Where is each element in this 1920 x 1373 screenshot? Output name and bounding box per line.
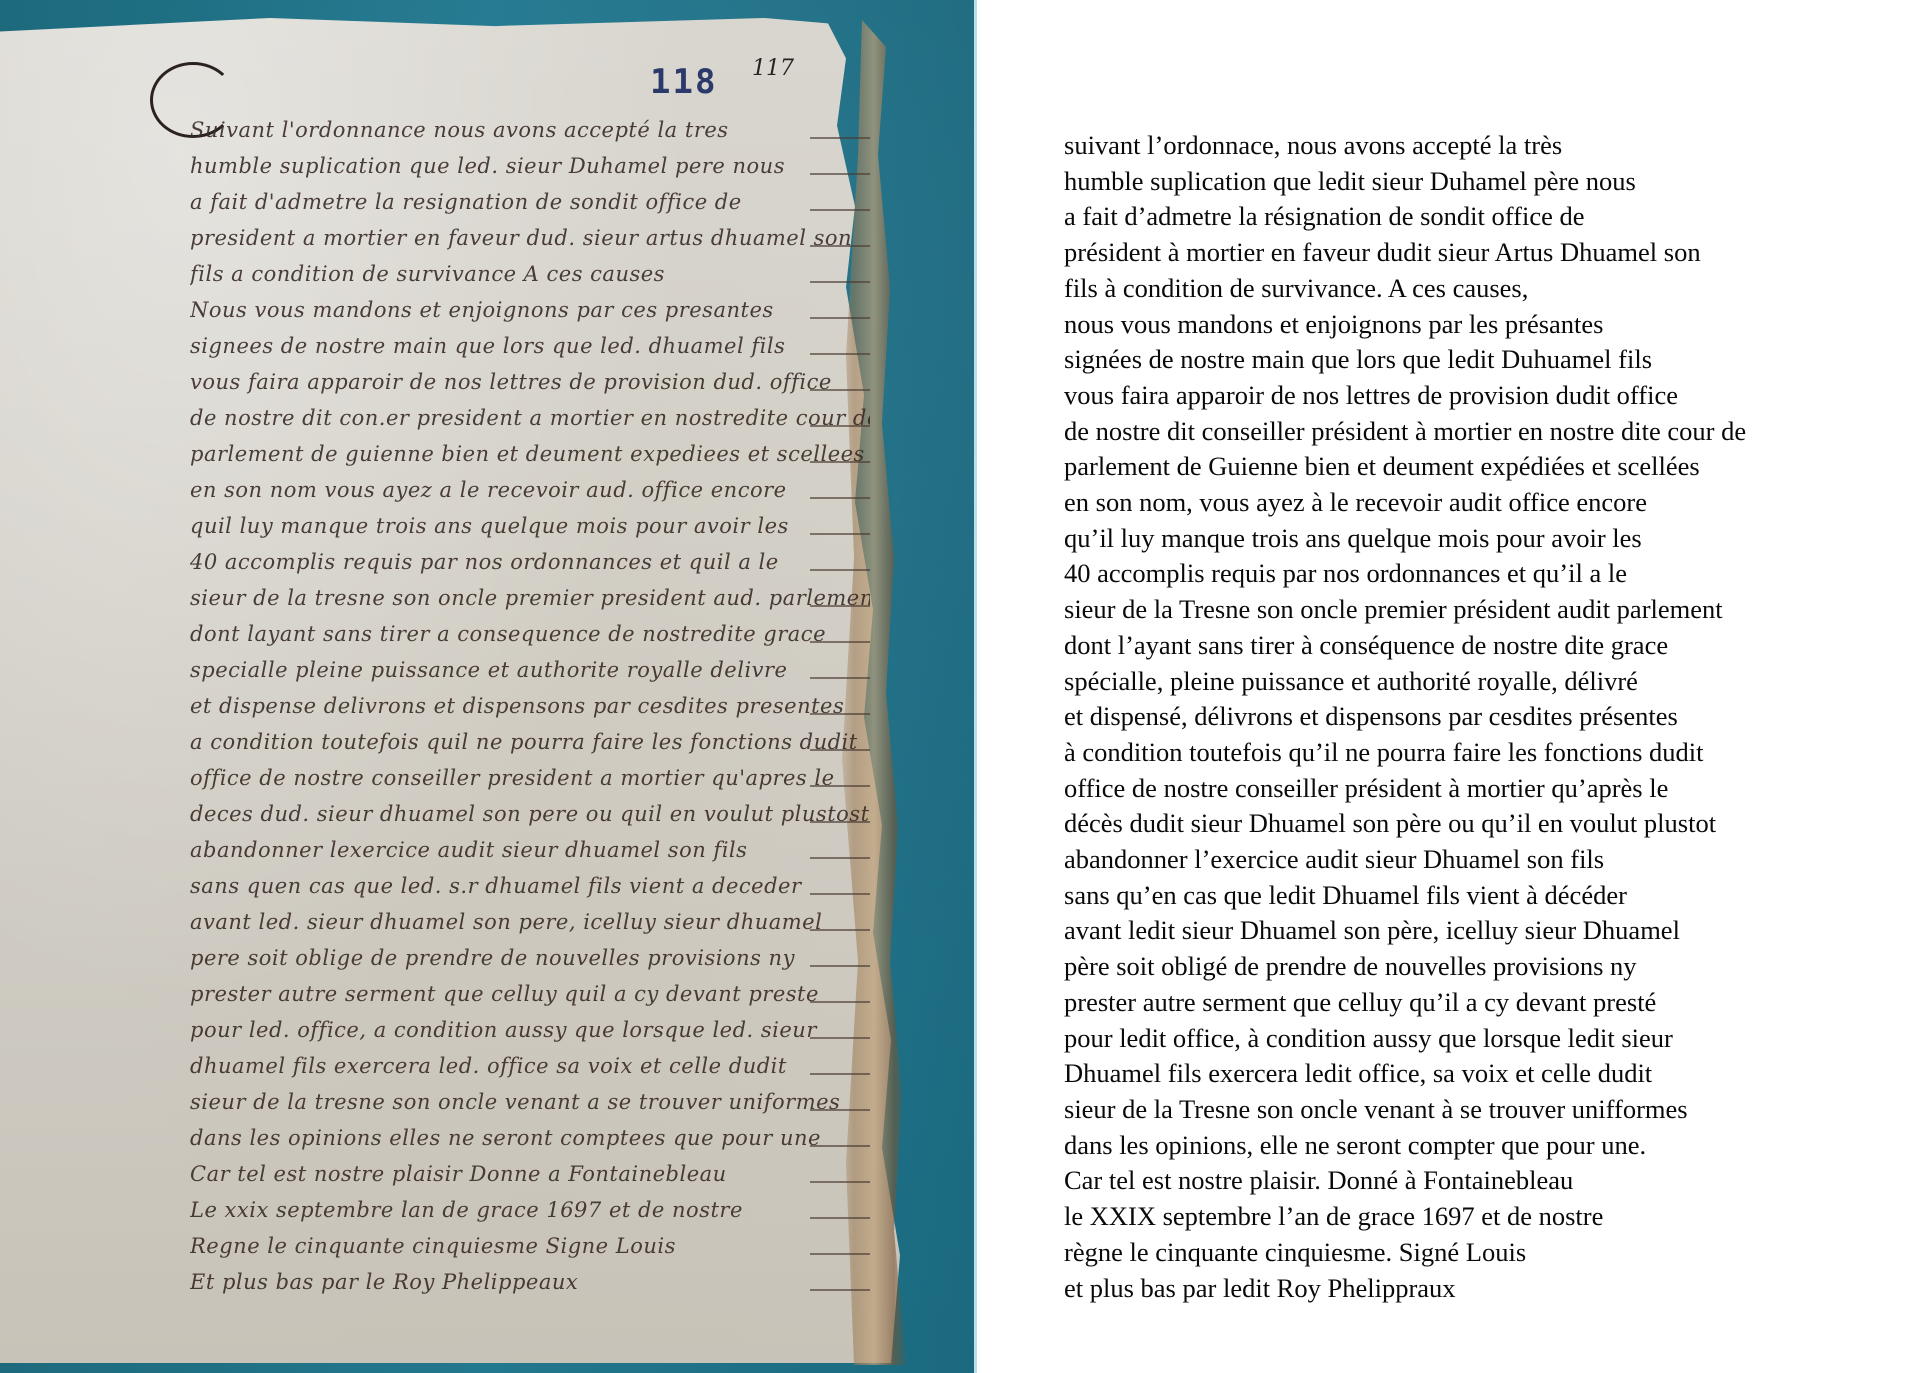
transcription-line: en son nom, vous ayez à le recevoir audi… xyxy=(1064,485,1904,521)
transcription-line: à condition toutefois qu’il ne pourra fa… xyxy=(1064,735,1904,771)
manuscript-line: 40 accomplis requis par nos ordonnances … xyxy=(190,544,870,580)
transcription-line: qu’il luy manque trois ans quelque mois … xyxy=(1064,521,1904,557)
transcription-line: Dhuamel fils exercera ledit office, sa v… xyxy=(1064,1056,1904,1092)
manuscript-line: fils a condition de survivance A ces cau… xyxy=(190,256,870,292)
manuscript-line: a fait d'admetre la resignation de sondi… xyxy=(190,184,870,220)
transcription-line: 40 accomplis requis par nos ordonnances … xyxy=(1064,556,1904,592)
manuscript-line: deces dud. sieur dhuamel son pere ou qui… xyxy=(190,796,870,832)
folio-stamp-number: 118 xyxy=(650,62,717,102)
transcription-line: sieur de la Tresne son oncle venant à se… xyxy=(1064,1092,1904,1128)
transcription-line: abandonner l’exercice audit sieur Dhuame… xyxy=(1064,842,1904,878)
manuscript-line: quil luy manque trois ans quelque mois p… xyxy=(190,508,870,544)
transcription-line: dont l’ayant sans tirer à conséquence de… xyxy=(1064,628,1904,664)
transcription-line: sieur de la Tresne son oncle premier pré… xyxy=(1064,592,1904,628)
folio-handwritten-number: 117 xyxy=(752,56,794,81)
manuscript-line: Regne le cinquante cinquiesme Signe Loui… xyxy=(190,1228,870,1264)
transcription-line: office de nostre conseiller président à … xyxy=(1064,771,1904,807)
transcription-line: le XXIX septembre l’an de grace 1697 et … xyxy=(1064,1199,1904,1235)
transcription-line: et dispensé, délivrons et dispensons par… xyxy=(1064,699,1904,735)
transcription-line: dans les opinions, elle ne seront compte… xyxy=(1064,1128,1904,1164)
transcription-line: de nostre dit conseiller président à mor… xyxy=(1064,414,1904,450)
manuscript-line: Le xxix septembre lan de grace 1697 et d… xyxy=(190,1192,870,1228)
manuscript-handwriting: Suivant l'ordonnance nous avons accepté … xyxy=(190,112,870,1300)
manuscript-line: office de nostre conseiller president a … xyxy=(190,760,870,796)
transcription-line: nous vous mandons et enjoignons par les … xyxy=(1064,307,1904,343)
transcription-line: spécialle, pleine puissance et authorité… xyxy=(1064,664,1904,700)
transcription-line: avant ledit sieur Dhuamel son père, icel… xyxy=(1064,913,1904,949)
manuscript-line: prester autre serment que celluy quil a … xyxy=(190,976,870,1012)
transcription-text: suivant l’ordonnace, nous avons accepté … xyxy=(1064,128,1904,1306)
manuscript-line: president a mortier en faveur dud. sieur… xyxy=(190,220,870,256)
manuscript-line: pere soit oblige de prendre de nouvelles… xyxy=(190,940,870,976)
document-page: 118 117 Suivant l'ordonnance nous avons … xyxy=(0,0,1920,1373)
manuscript-line: sieur de la tresne son oncle venant a se… xyxy=(190,1084,870,1120)
manuscript-line: specialle pleine puissance et authorite … xyxy=(190,652,870,688)
manuscript-line: humble suplication que led. sieur Duhame… xyxy=(190,148,870,184)
transcription-line: signées de nostre main que lors que ledi… xyxy=(1064,342,1904,378)
manuscript-line: Et plus bas par le Roy Phelippeaux xyxy=(190,1264,870,1300)
transcription-line: suivant l’ordonnace, nous avons accepté … xyxy=(1064,128,1904,164)
transcription-line: Car tel est nostre plaisir. Donné à Font… xyxy=(1064,1163,1904,1199)
transcription-line: sans qu’en cas que ledit Dhuamel fils vi… xyxy=(1064,878,1904,914)
transcription-line: prester autre serment que celluy qu’il a… xyxy=(1064,985,1904,1021)
manuscript-photo: 118 117 Suivant l'ordonnance nous avons … xyxy=(0,0,977,1373)
manuscript-line: avant led. sieur dhuamel son pere, icell… xyxy=(190,904,870,940)
manuscript-line: Nous vous mandons et enjoignons par ces … xyxy=(190,292,870,328)
manuscript-line: sieur de la tresne son oncle premier pre… xyxy=(190,580,870,616)
manuscript-line: dhuamel fils exercera led. office sa voi… xyxy=(190,1048,870,1084)
manuscript-line: a condition toutefois quil ne pourra fai… xyxy=(190,724,870,760)
manuscript-line: en son nom vous ayez a le recevoir aud. … xyxy=(190,472,870,508)
transcription-line: fils à condition de survivance. A ces ca… xyxy=(1064,271,1904,307)
manuscript-line: de nostre dit con.er president a mortier… xyxy=(190,400,870,436)
transcription-line: parlement de Guienne bien et deument exp… xyxy=(1064,449,1904,485)
transcription-line: président à mortier en faveur dudit sieu… xyxy=(1064,235,1904,271)
manuscript-line: et dispense delivrons et dispensons par … xyxy=(190,688,870,724)
manuscript-line: Car tel est nostre plaisir Donne a Fonta… xyxy=(190,1156,870,1192)
manuscript-line: dans les opinions elles ne seront compte… xyxy=(190,1120,870,1156)
manuscript-line: abandonner lexercice audit sieur dhuamel… xyxy=(190,832,870,868)
transcription-line: père soit obligé de prendre de nouvelles… xyxy=(1064,949,1904,985)
transcription-line: règne le cinquante cinquiesme. Signé Lou… xyxy=(1064,1235,1904,1271)
manuscript-line: sans quen cas que led. s.r dhuamel fils … xyxy=(190,868,870,904)
transcription-line: décès dudit sieur Dhuamel son père ou qu… xyxy=(1064,806,1904,842)
transcription-line: humble suplication que ledit sieur Duham… xyxy=(1064,164,1904,200)
manuscript-line: dont layant sans tirer a consequence de … xyxy=(190,616,870,652)
manuscript-line: Suivant l'ordonnance nous avons accepté … xyxy=(190,112,870,148)
manuscript-line: pour led. office, a condition aussy que … xyxy=(190,1012,870,1048)
manuscript-line: signees de nostre main que lors que led.… xyxy=(190,328,870,364)
manuscript-line: vous faira apparoir de nos lettres de pr… xyxy=(190,364,870,400)
manuscript-line: parlement de guienne bien et deument exp… xyxy=(190,436,870,472)
transcription-line: vous faira apparoir de nos lettres de pr… xyxy=(1064,378,1904,414)
transcription-line: a fait d’admetre la résignation de sondi… xyxy=(1064,199,1904,235)
transcription-line: et plus bas par ledit Roy Phelippraux xyxy=(1064,1271,1904,1307)
transcription-line: pour ledit office, à condition aussy que… xyxy=(1064,1021,1904,1057)
